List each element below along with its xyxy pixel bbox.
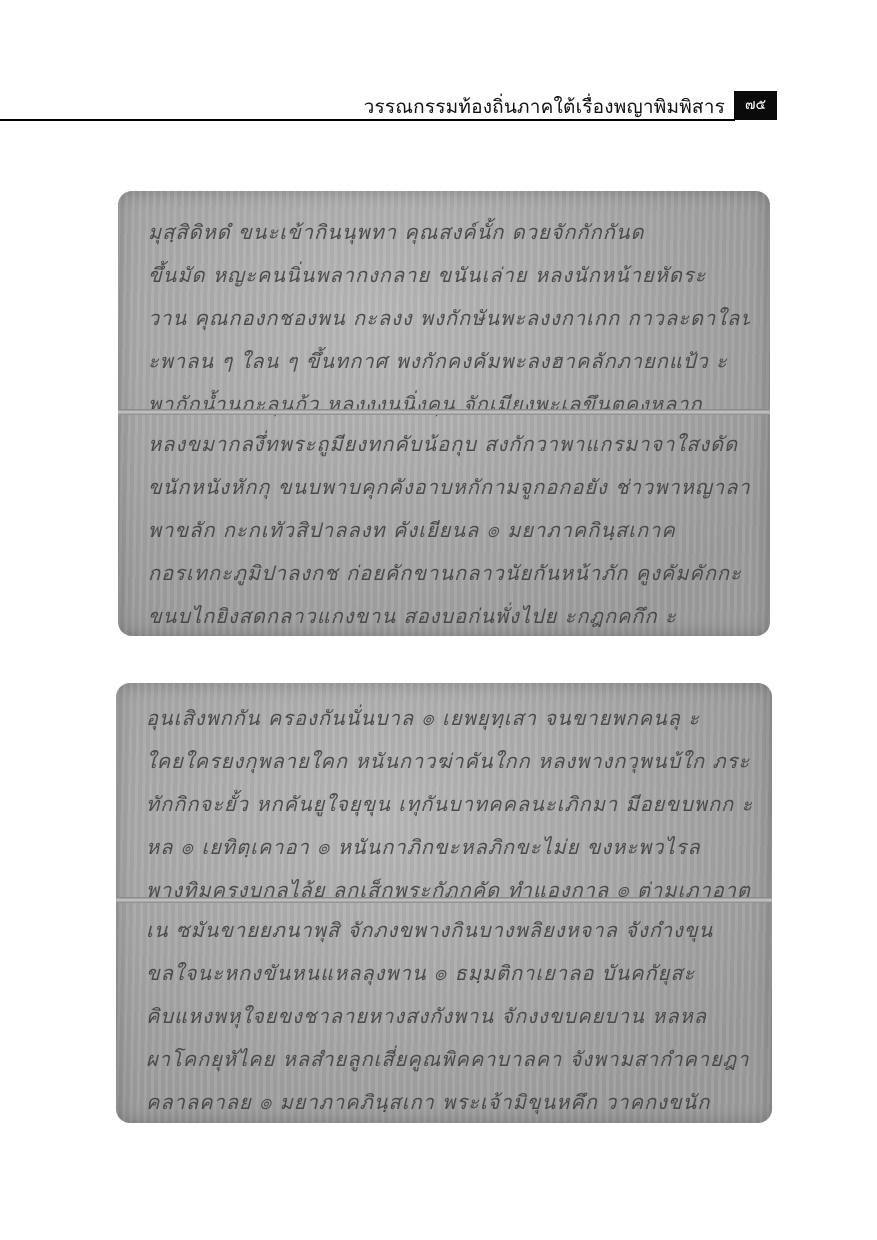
manuscript-line: หลงขมากลงึ่ทพระถูมียงทกคับน้อกุบ สงกักวา… bbox=[148, 423, 750, 466]
manuscript-line: ะพาลน ๆ ใลน ๆ ขึ้นทกาศ พงกักคงคัมพะลงฮาค… bbox=[148, 340, 750, 383]
manuscript-line: พากักน้ำนกะลุนก้ว หลงงงนนิ่งคุน จักเมียง… bbox=[148, 383, 750, 426]
manuscript-photo-2: อุนเสิงพกกัน ครองกันนั่นบาล ๏ เยพยุทฺเสา… bbox=[116, 683, 772, 1123]
manuscript-line: ผาโคกยุหัไคย หลสำยลูกเสี่ยคูณพิคคาบาลคา … bbox=[146, 1038, 752, 1081]
manuscript-line: คิบแหงพหุใจยขงชาลายหางสงกังพาน จักงงขบคย… bbox=[146, 995, 752, 1038]
header-rule bbox=[0, 119, 735, 121]
manuscript-line: คลาลคาลย ๏ มยาภาคภินฺสเกา พระเจ้ามิขุนหค… bbox=[146, 1081, 752, 1123]
lower-leaf-text: เน ซมันขายยภนาพุสิ จักภงขพางกินบางพลิยงห… bbox=[146, 909, 752, 1123]
book-title: วรรณกรรมท้องถิ่นภาคใต้เรื่องพญาพิมพิสาร bbox=[364, 92, 725, 122]
running-header: วรรณกรรมท้องถิ่นภาคใต้เรื่องพญาพิมพิสาร … bbox=[0, 88, 777, 122]
manuscript-line: ขนักหนังหักกุ ขนบพาบคุกคังอาบหกักามจูกอก… bbox=[148, 466, 750, 509]
leaf-fold bbox=[118, 409, 770, 415]
manuscript-line: วาน คุณกองกชองพน กะลงง พงกักษันพะลงงกาเก… bbox=[148, 297, 750, 340]
manuscript-line: อุนเสิงพกกัน ครองกันนั่นบาล ๏ เยพยุทฺเสา… bbox=[146, 697, 752, 740]
manuscript-line: มุสฺสิดิหดํ ขนะเข้ากินนุพทา คุณสงค์นั้ก … bbox=[148, 211, 750, 254]
manuscript-line: พางทิมครงบุกลไล้ย ลูกเส็กพระกัฏกคัด ทำแอ… bbox=[146, 869, 752, 912]
lower-leaf-text: หลงขมากลงึ่ทพระถูมียงทกคับน้อกุบ สงกักวา… bbox=[148, 423, 750, 636]
leaf-fold bbox=[116, 897, 772, 903]
manuscript-line: ขนบไกยิงสดกลาวแกงขาน สองบอก่นพั่งไปย ะกฎ… bbox=[148, 595, 750, 636]
manuscript-line: ใคยใครยงกุพลายใคก หนันกาวฆ่าคันใกก หลงพา… bbox=[146, 740, 752, 783]
page-number-badge: ๗๕ bbox=[734, 91, 777, 120]
manuscript-photo-1: มุสฺสิดิหดํ ขนะเข้ากินนุพทา คุณสงค์นั้ก … bbox=[118, 191, 770, 636]
manuscript-line: ทักกิกจะยั้ว หกคันยูใจยุขุน เทุกันบาทคคล… bbox=[146, 783, 752, 826]
upper-leaf-text: มุสฺสิดิหดํ ขนะเข้ากินนุพทา คุณสงค์นั้ก … bbox=[148, 211, 750, 426]
manuscript-line: เน ซมันขายยภนาพุสิ จักภงขพางกินบางพลิยงห… bbox=[146, 909, 752, 952]
manuscript-line: พาขลัก กะกเทัวสิปาลลงท คังเยียนล ๏ มยาภา… bbox=[148, 509, 750, 552]
manuscript-line: ขึ้นมัด หญะคนนิ่นพลากงกลาย ขนันเล่าย หลง… bbox=[148, 254, 750, 297]
manuscript-line: หล ๏ เยทิตฺเคาอา ๏ หนันกาภิกขะหลภิกขะไม่… bbox=[146, 826, 752, 869]
upper-leaf-text: อุนเสิงพกกัน ครองกันนั่นบาล ๏ เยพยุทฺเสา… bbox=[146, 697, 752, 912]
manuscript-line: กอรเทกะภูมิปาลงกช ก่อยคักขานกลาวนัยกันหน… bbox=[148, 552, 750, 595]
manuscript-line: ขลใจนะหกงขันหนแหลลุงพาน ๏ ธมฺมติกาเยาลอ … bbox=[146, 952, 752, 995]
